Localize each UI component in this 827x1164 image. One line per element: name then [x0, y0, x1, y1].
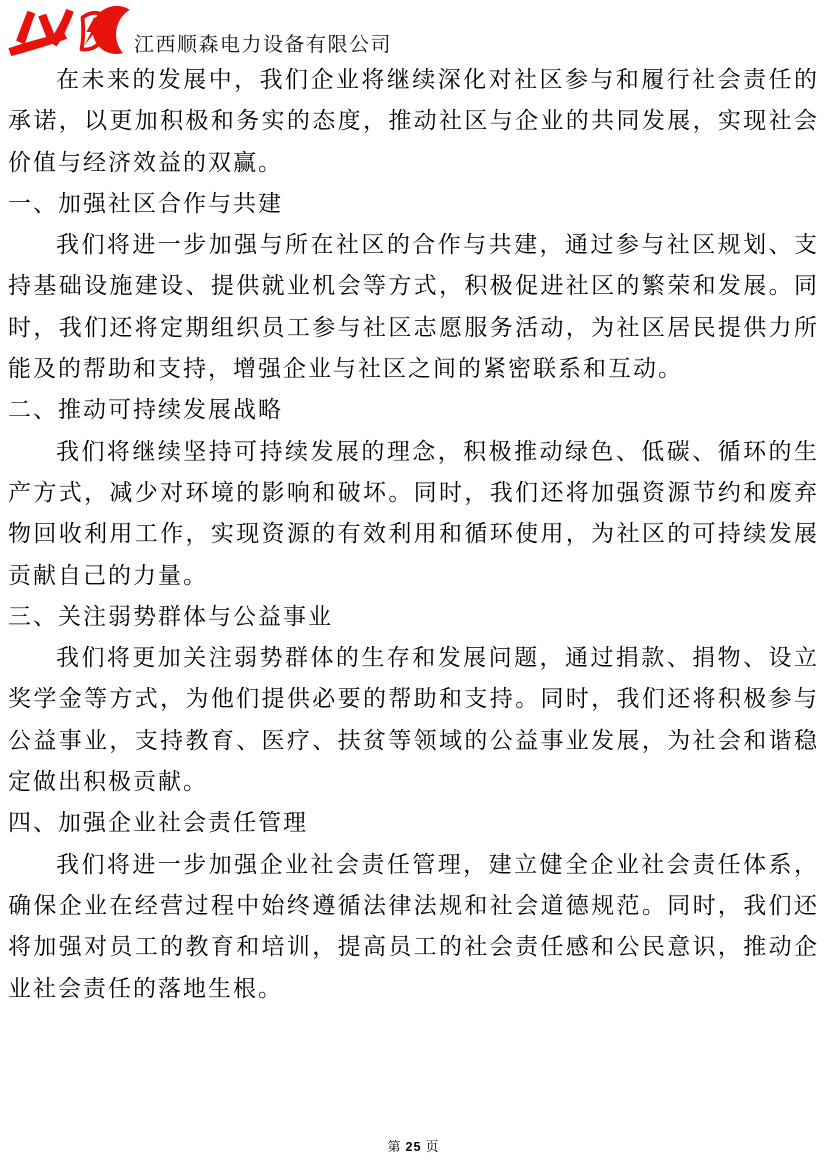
page-header: 江西顺森电力设备有限公司 — [0, 0, 827, 57]
page-number-suffix: 页 — [425, 1139, 439, 1154]
document-body: 在未来的发展中，我们企业将继续深化对社区参与和履行社会责任的承诺，以更加积极和务… — [8, 59, 819, 1009]
section-heading-1: 一、加强社区合作与共建 — [8, 183, 819, 224]
paragraph-intro: 在未来的发展中，我们企业将继续深化对社区参与和履行社会责任的承诺，以更加积极和务… — [8, 59, 819, 183]
section-heading-2: 二、推动可持续发展战略 — [8, 389, 819, 430]
page-number-prefix: 第 — [388, 1139, 402, 1154]
document-page: 江西顺森电力设备有限公司 在未来的发展中，我们企业将继续深化对社区参与和履行社会… — [0, 0, 827, 1164]
lydc-logo — [6, 5, 134, 57]
paragraph-section-4: 我们将进一步加强企业社会责任管理，建立健全企业社会责任体系，确保企业在经营过程中… — [8, 844, 819, 1009]
logo-swoosh — [8, 33, 67, 56]
company-name: 江西顺森电力设备有限公司 — [134, 34, 392, 57]
page-number-label: 第25页 — [388, 1139, 440, 1154]
paragraph-section-1: 我们将进一步加强与所在社区的合作与共建，通过参与社区规划、支持基础设施建设、提供… — [8, 224, 819, 389]
section-heading-4: 四、加强企业社会责任管理 — [8, 802, 819, 843]
paragraph-section-3: 我们将更加关注弱势群体的生存和发展问题，通过捐款、捐物、设立奖学金等方式，为他们… — [8, 637, 819, 802]
section-heading-3: 三、关注弱势群体与公益事业 — [8, 596, 819, 637]
page-footer: 第25页 — [0, 1136, 827, 1155]
logo-letter-l — [16, 11, 35, 45]
page-number: 25 — [406, 1140, 422, 1154]
logo-letter-y-left — [38, 14, 54, 39]
paragraph-section-2: 我们将继续坚持可持续发展的理念，积极推动绿色、低碳、循环的生产方式，减少对环境的… — [8, 431, 819, 596]
